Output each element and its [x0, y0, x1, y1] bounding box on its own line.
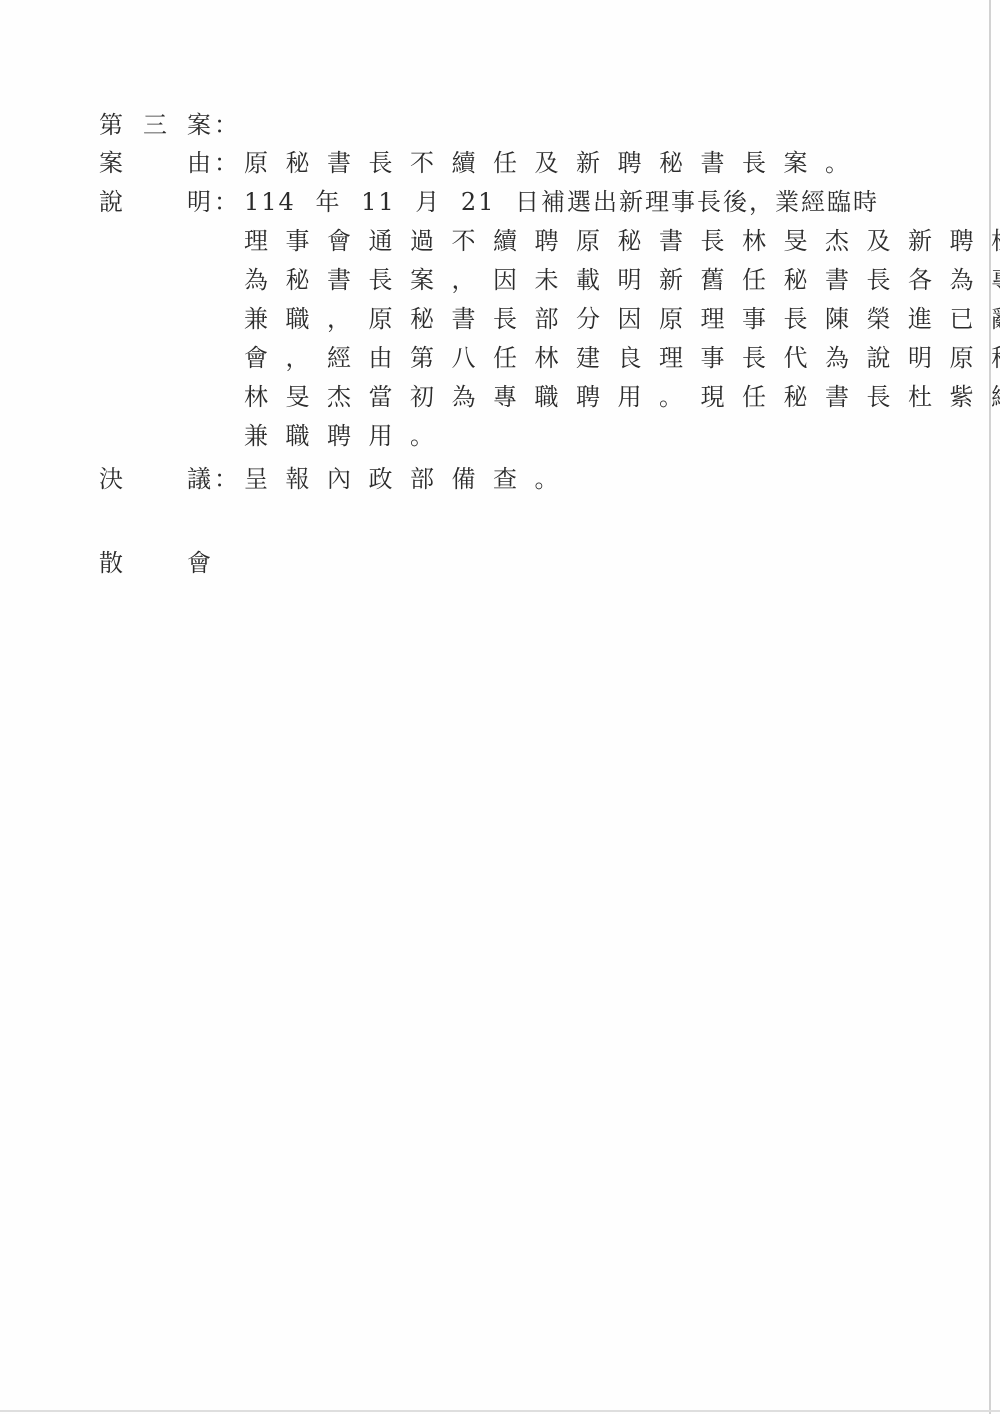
reason-label-char-1: 案 [97, 144, 125, 183]
item-heading-char-1: 第 [97, 106, 125, 145]
document-page: 第 三 案 ： 案 由 ： 原秘書長不續任及新聘秘書長案。 說 明 ： 114 … [0, 0, 1000, 1414]
item-heading-char-3: 案 [185, 106, 213, 145]
adjourned-char-2: 會 [185, 544, 213, 583]
explanation-line-2: 理事會通過不續聘原秘書長林旻杰及新聘杜紫綸 [244, 222, 884, 261]
explanation-line-3: 為秘書長案，因未載明新舊任秘書長各為專職或 [244, 261, 884, 300]
scan-edge-right [989, 0, 991, 1414]
section-reason: 案 由 ： 原秘書長不續任及新聘秘書長案。 [0, 144, 1000, 183]
reason-colon: ： [214, 144, 236, 183]
explanation-line-6: 林旻杰當初為專職聘用。現任秘書長杜紫綸則為 [244, 378, 884, 417]
explanation-line-7: 兼職聘用。 [244, 417, 884, 456]
resolution-label-char-2: 議 [185, 460, 213, 499]
resolution-text: 呈報內政部備查。 [244, 460, 874, 499]
scan-edge-bottom [0, 1410, 1000, 1412]
meeting-adjourned: 散 會 [0, 544, 1000, 583]
explanation-label-char-2: 明 [185, 183, 213, 222]
resolution-colon: ： [214, 460, 236, 499]
explanation-line-4: 兼職，原秘書長部分因原理事長陳榮進已辭世出 [244, 300, 884, 339]
reason-text: 原秘書長不續任及新聘秘書長案。 [244, 144, 874, 183]
explanation-label-char-1: 說 [97, 183, 125, 222]
reason-label-char-2: 由 [185, 144, 213, 183]
explanation-line-5: 會，經由第八任林建良理事長代為說明原秘書長 [244, 339, 884, 378]
adjourned-char-1: 散 [97, 544, 125, 583]
explanation-body: 114 年 11 月 21 日補選出新理事長後，業經臨時 理事會通過不續聘原秘書… [244, 183, 884, 456]
item-heading-colon: ： [214, 106, 236, 145]
item-heading: 第 三 案 ： [0, 106, 1000, 145]
explanation-colon: ： [214, 183, 236, 222]
item-heading-char-2: 三 [141, 106, 169, 145]
explanation-line-1: 114 年 11 月 21 日補選出新理事長後，業經臨時 [244, 183, 884, 222]
resolution-label-char-1: 決 [97, 460, 125, 499]
section-resolution: 決 議 ： 呈報內政部備查。 [0, 460, 1000, 499]
